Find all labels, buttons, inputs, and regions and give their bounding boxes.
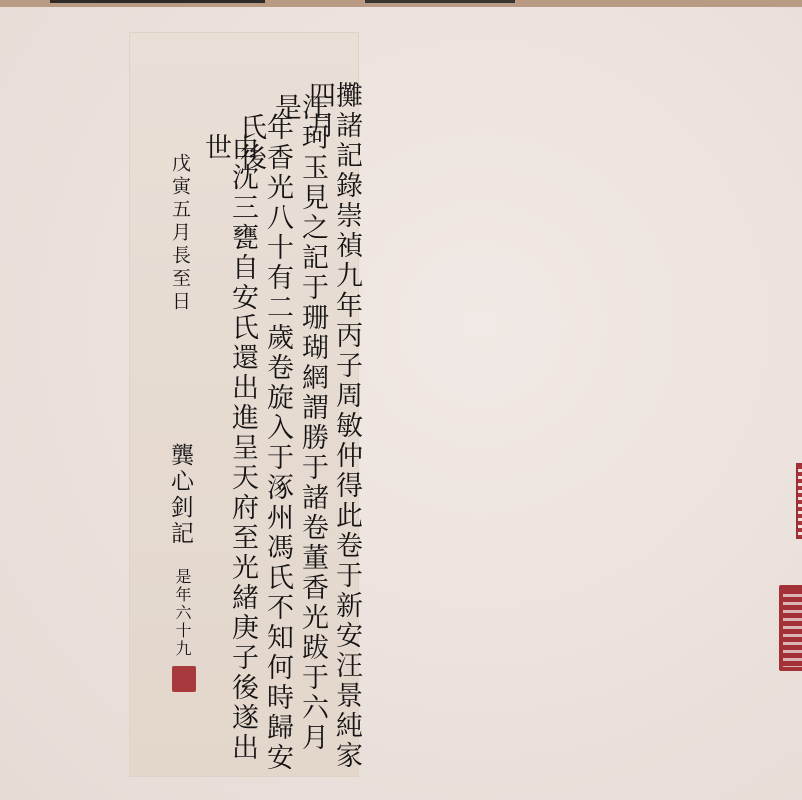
calligraphy-column-4: 由沈三甕自安氏還出進呈天府至光緒庚子後遂出世	[202, 133, 256, 776]
scroll-top-edge	[0, 0, 802, 7]
collector-seal-icon	[796, 463, 802, 539]
seal-glyph	[783, 589, 802, 667]
top-edge-dark-band	[365, 0, 515, 3]
collector-seal-icon	[779, 585, 802, 671]
signature: 龔心釗記	[168, 443, 191, 547]
age-note: 是年六十九	[174, 568, 190, 658]
scroll-paper	[0, 7, 802, 800]
artist-seal-icon	[172, 666, 196, 692]
mounted-calligraphy-sheet: 攤諸記錄崇禎九年丙子周敏仲得此卷于新安汪景純家四月 汪珂玉見之記于珊瑚網謂勝于諸…	[130, 33, 358, 776]
top-edge-dark-band	[50, 0, 265, 3]
date-inscription: 戊寅五月長至日	[170, 153, 189, 314]
